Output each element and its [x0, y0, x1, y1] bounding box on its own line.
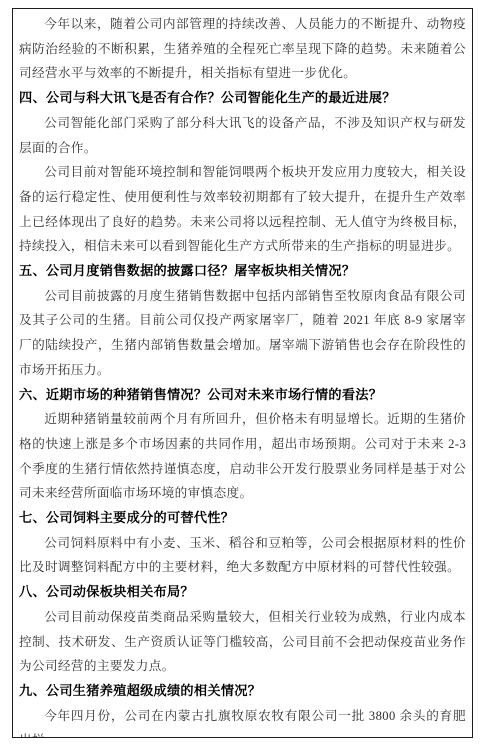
section-heading: 四、公司与科大讯飞是否有合作？公司智能化生产的最近进展？: [19, 86, 466, 111]
paragraph: 公司目前披露的月度生猪销售数据中包括内部销售至牧原肉食品有限公司及其子公司的生猪…: [19, 284, 466, 383]
paragraph: 公司智能化部门采购了部分科大讯飞的设备产品，不涉及知识产权与研发层面的合作。: [19, 111, 466, 160]
section-heading: 六、近期市场的种猪销售情况？公司对未来市场行情的看法？: [19, 383, 466, 408]
section-heading: 八、公司动保板块相关布局？: [19, 580, 466, 605]
paragraph: 公司目前对智能环境控制和智能饲喂两个板块开发应用力度较大，相关设备的运行稳定性、…: [19, 160, 466, 259]
paragraph: 今年四月份，公司在内蒙古扎旗牧原农牧有限公司一批 3800 余头的育肥出栏: [19, 704, 466, 738]
document-frame: 今年以来，随着公司内部管理的持续改善、人员能力的不断提升、动物疫病防治经验的不断…: [12, 8, 473, 738]
paragraph: 近期种猪销量较前两个月有所回升，但价格未有明显增长。近期的生猪价格的快速上涨是多…: [19, 407, 466, 506]
intro-paragraph: 今年以来，随着公司内部管理的持续改善、人员能力的不断提升、动物疫病防治经验的不断…: [19, 12, 466, 86]
paragraph: 公司饲料原料中有小麦、玉米、稻谷和豆粕等，公司会根据原材料的性价比及时调整饲料配…: [19, 531, 466, 580]
document-page: { "document": { "intro_paragraph": "今年以来…: [0, 0, 493, 748]
section-heading: 五、公司月度销售数据的披露口径？屠宰板块相关情况？: [19, 259, 466, 284]
document-body: 四、公司与科大讯飞是否有合作？公司智能化生产的最近进展？公司智能化部门采购了部分…: [19, 86, 466, 738]
section-heading: 九、公司生猪养殖超级成绩的相关情况？: [19, 679, 466, 704]
paragraph: 公司目前动保疫苗类商品采购量较大，但相关行业较为成熟，行业内成本控制、技术研发、…: [19, 605, 466, 679]
section-heading: 七、公司饲料主要成分的可替代性？: [19, 506, 466, 531]
